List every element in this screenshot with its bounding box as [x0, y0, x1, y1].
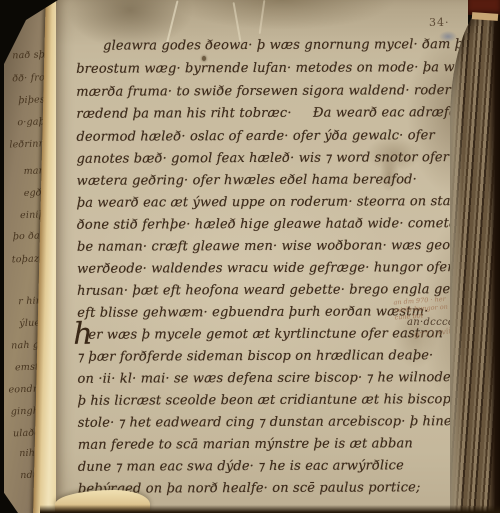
text-line: be naman· cræft gleawe men· wise woðbora… [77, 238, 467, 255]
text-line: ganotes bæð· gomol feax hæleð· wis ⁊ wor… [77, 150, 450, 167]
text-line: stole· ⁊ het eadweard cing ⁊ dunstan arc… [78, 414, 452, 431]
text-lines: gleawra godes ðeowa· þ wæs gnornung myce… [0, 0, 500, 513]
text-line: man ferede to scā marian mýnstre þe is æ… [78, 436, 413, 452]
text-line: hrusan· þæt eft heofona weard gebette· b… [77, 282, 467, 299]
gutter-shadow [488, 0, 500, 513]
text-line: þa wearð eac æt ýwed uppe on roderum· st… [77, 194, 479, 211]
manuscript-text-block: h gleawra godes ðeowa· þ wæs gnornung my… [0, 0, 500, 513]
manuscript-photo: nað sþðð· froþiþeso·gaþleðrinnmanegð·ein… [0, 0, 500, 513]
text-line: on ·ii· kl· mai· se wæs defena scire bis… [78, 370, 451, 387]
text-line: werðeode· waldendes wracu wide gefræge· … [77, 260, 454, 277]
folio-number: 34· [429, 16, 450, 29]
text-line: eft blisse gehwæm· egbuendra þurh eorðan… [77, 304, 428, 321]
text-line: gleawra godes ðeowa· þ wæs gnornung myce… [103, 37, 488, 54]
text-line: ⁊ þær forðferde sideman biscop on hrædli… [77, 348, 433, 365]
text-line: er wæs þ mycele gemot æt kyrtlinctune of… [88, 326, 443, 343]
photo-bottom-shadow [40, 505, 500, 513]
photo-left-edge [0, 0, 4, 513]
text-line: breostum wæg· byrnende lufan· metodes on… [76, 60, 474, 77]
blue-stamp-mark [436, 29, 460, 44]
text-line: rædend þa man his riht tobræc· Ða wearð … [76, 105, 465, 122]
text-line: mærða fruma· to swiðe forsewen sigora wa… [76, 83, 459, 100]
text-line: deormod hæleð· oslac of earde· ofer ýða … [76, 128, 434, 145]
text-line: þ his licræst sceolde beon æt cridiantun… [78, 392, 451, 409]
text-line: wætera geðring· ofer hwæles eðel hama be… [77, 172, 417, 188]
text-line: dune ⁊ man eac swa dýde· ⁊ he is eac arw… [78, 458, 404, 474]
text-line: ðone stið ferhþe· hæleð hige gleawe hata… [77, 216, 457, 233]
